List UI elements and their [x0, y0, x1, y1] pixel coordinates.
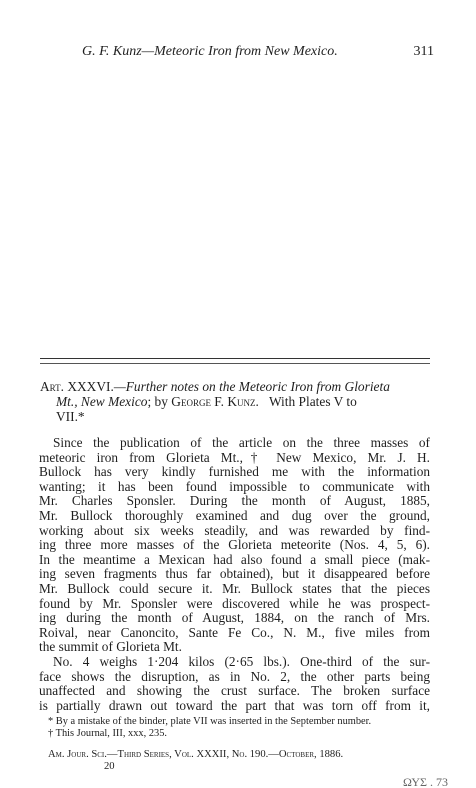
body-line: Since the publication of the article on …: [39, 436, 430, 451]
article-number: Art. XXXVI.: [40, 379, 114, 394]
journal-citation: Am. Jour. Sci.—Third Series, Vol. XXXII,…: [48, 749, 343, 761]
body-line: No. 4 weighs 1·204 kilos (2·65 lbs.). On…: [39, 655, 430, 670]
section-divider: [40, 358, 430, 364]
body-line: the summit of Glorieta Mt.: [39, 640, 430, 655]
footnotes: * By a mistake of the binder, plate VII …: [48, 716, 430, 739]
body-line: ing three more masses of the Glorieta me…: [39, 538, 430, 553]
body-line: meteoric iron from Glorieta Mt.,† New Me…: [39, 451, 430, 466]
body-line: Mr. Bullock thoroughly examined and dug …: [39, 509, 430, 524]
body-line: In the meantime a Mexican had also found…: [39, 553, 430, 568]
article-title-block: Art. XXXVI.—Further notes on the Meteori…: [40, 379, 430, 424]
body-line: Mr. Charles Sponsler. During the month o…: [39, 494, 430, 509]
body-line: face shows the disruption, as in No. 2, …: [39, 670, 430, 685]
article-body: Since the publication of the article on …: [39, 436, 430, 713]
body-line: Roival, near Canoncito, Sante Fe Co., N.…: [39, 626, 430, 641]
body-line: Bullock has very kindly furnished me wit…: [39, 465, 430, 480]
article-title: —Further notes on the Meteoric Iron from…: [114, 379, 390, 394]
plates-note: With Plates V to: [269, 394, 357, 409]
body-line: ing seven fragments thus far obtained), …: [39, 567, 430, 582]
body-line: Mr. Bullock could secure it. Mr. Bullock…: [39, 582, 430, 597]
author: George F. Kunz.: [171, 394, 259, 409]
footnote: † This Journal, III, xxx, 235.: [48, 728, 430, 740]
footnote: * By a mistake of the binder, plate VII …: [48, 716, 430, 728]
body-line: ing during the month of August, 1884, on…: [39, 611, 430, 626]
body-line: working about six weeks steadily, and wa…: [39, 524, 430, 539]
body-line: found by Mr. Sponsler were discovered wh…: [39, 597, 430, 612]
journal-footer: Am. Jour. Sci.—Third Series, Vol. XXXII,…: [48, 749, 343, 773]
plates-note-cont: VII.*: [56, 409, 85, 424]
running-header-title: G. F. Kunz—Meteoric Iron from New Mexico…: [82, 44, 338, 59]
signature-mark: 20: [48, 761, 343, 773]
page-number: 311: [414, 44, 434, 60]
handwritten-mark: ΩΥΣ . 73: [403, 775, 448, 788]
byline-prefix: ; by: [147, 394, 171, 409]
running-header: G. F. Kunz—Meteoric Iron from New Mexico…: [82, 44, 434, 60]
article-title-cont: Mt., New Mexico: [56, 394, 147, 409]
body-line: is partially drawn out toward the part t…: [39, 699, 430, 714]
body-line: wanting; it has been found impossible to…: [39, 480, 430, 495]
body-line: unaffected and showing the crust surface…: [39, 684, 430, 699]
